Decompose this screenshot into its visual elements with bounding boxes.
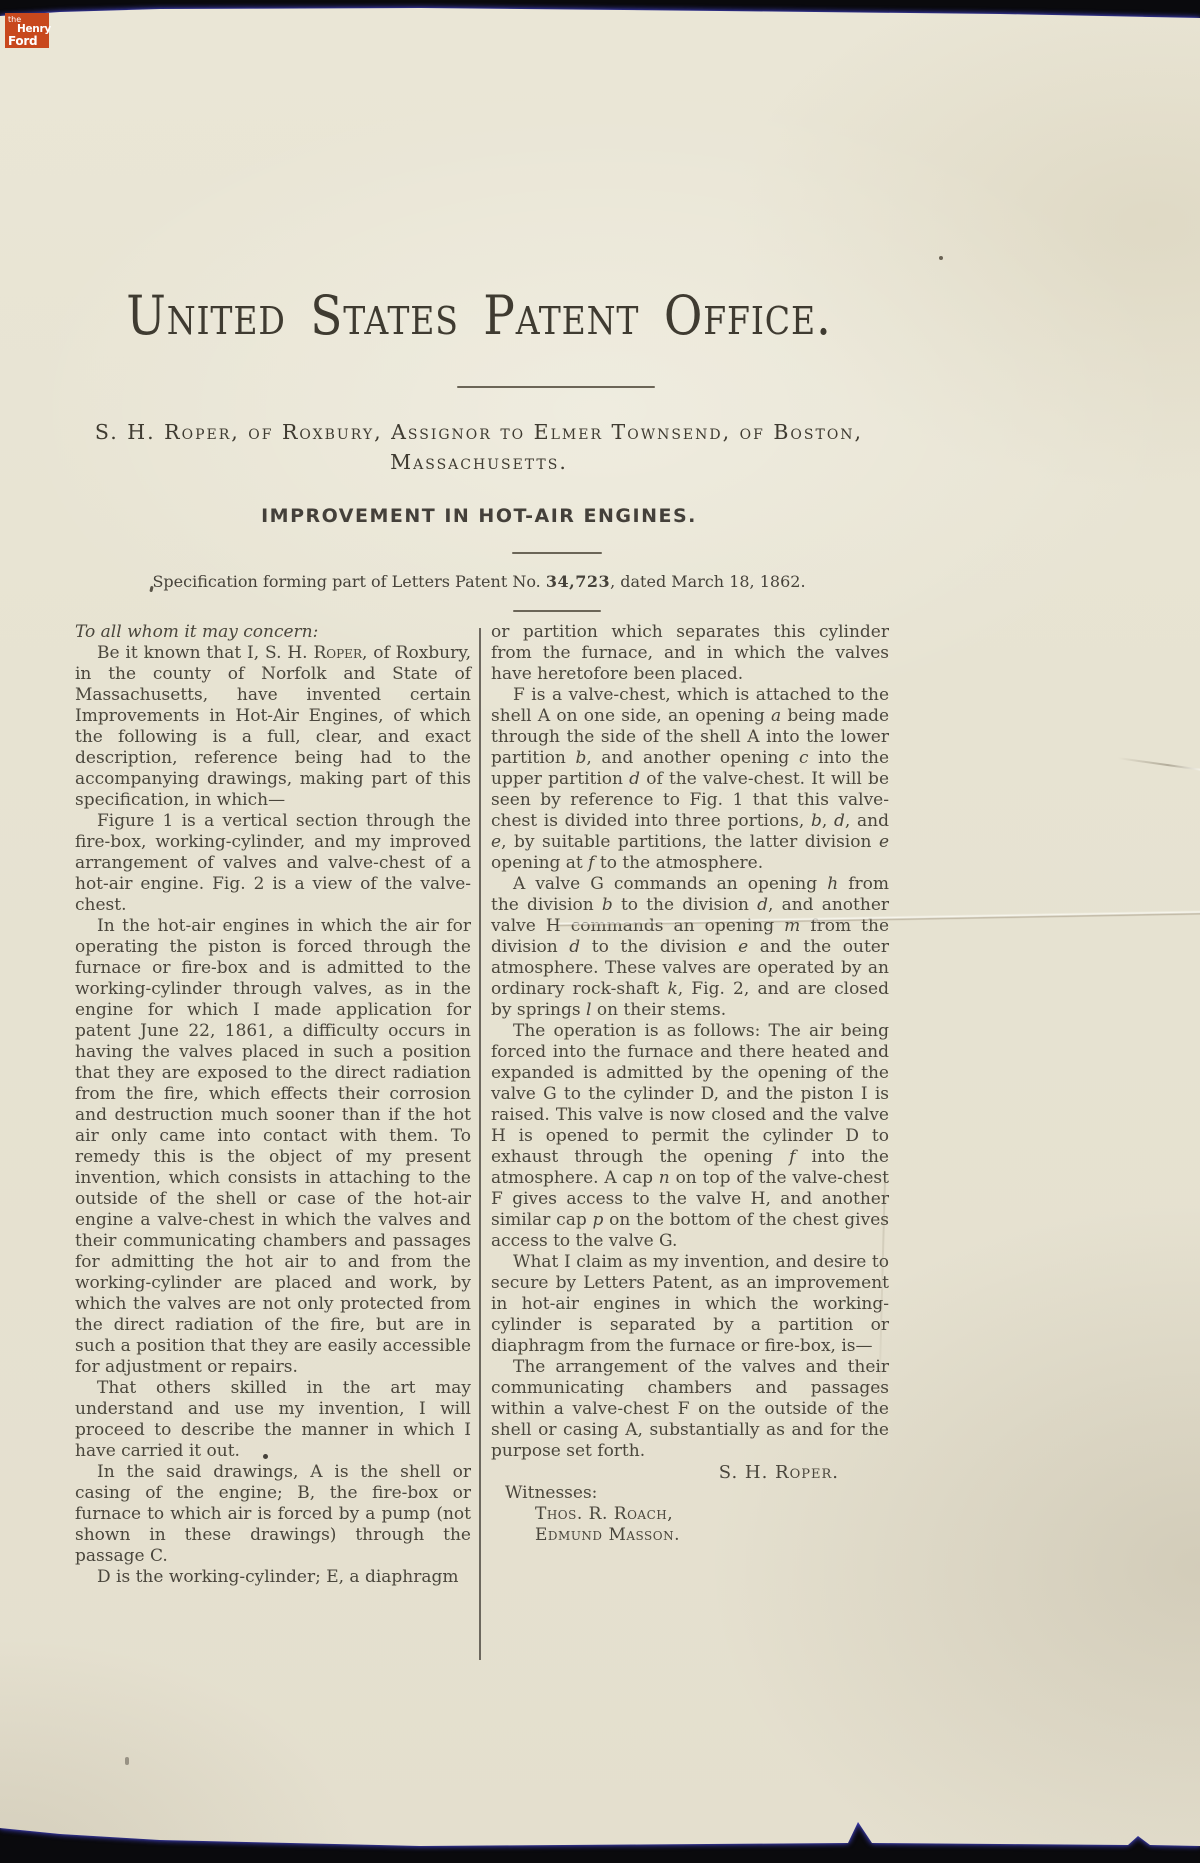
invention-title: IMPROVEMENT IN HOT-AIR ENGINES.	[0, 505, 958, 527]
specification-suffix: , dated March 18, 1862.	[610, 572, 805, 591]
paragraph: Figure 1 is a vertical section through t…	[75, 811, 471, 916]
henry-ford-logo: the Henry Ford	[5, 13, 49, 48]
specification-line: Specification forming part of Letters Pa…	[0, 572, 958, 591]
patent-number: 34,723	[546, 572, 610, 591]
paragraph: F is a valve-chest, which is attached to…	[491, 685, 889, 874]
left-column: To all whom it may concern: Be it known …	[75, 622, 471, 1588]
witness-name: Thos. R. Roach,	[491, 1504, 889, 1525]
paper-wrap: United States Patent Office. S. H. Roper…	[0, 0, 1200, 1863]
paragraph: What I claim as my invention, and desire…	[491, 1252, 889, 1357]
witness-name: Edmund Masson.	[491, 1525, 889, 1546]
paragraph: That others skilled in the art may under…	[75, 1378, 471, 1462]
paper-speck	[149, 586, 153, 593]
horizontal-rule	[457, 386, 655, 388]
page-title: United States Patent Office.	[62, 288, 895, 344]
inventor-signature: S. H. Roper.	[491, 1462, 889, 1483]
logo-ford-text: Ford	[8, 35, 49, 47]
paper-edge-tear	[1118, 757, 1200, 771]
specification-prefix: Specification forming part of Letters Pa…	[152, 572, 545, 591]
salutation: To all whom it may concern:	[75, 622, 471, 643]
grantor-line-2: Massachusetts.	[0, 450, 958, 474]
right-column: or partition which separates this cylind…	[491, 622, 889, 1546]
paragraph: Be it known that I, S. H. Roper, of Roxb…	[75, 643, 471, 811]
paragraph: The arrangement of the valves and their …	[491, 1357, 889, 1462]
horizontal-rule	[513, 610, 601, 612]
paragraph: The operation is as follows: The air bei…	[491, 1021, 889, 1252]
grantor-line-1: S. H. Roper, of Roxbury, Assignor to Elm…	[0, 420, 958, 444]
scan-backdrop: United States Patent Office. S. H. Roper…	[0, 0, 1200, 1863]
paragraph: In the hot-air engines in which the air …	[75, 916, 471, 1378]
paragraph: D is the working-cylinder; E, a diaphrag…	[75, 1567, 471, 1588]
paper-speck	[125, 1757, 129, 1765]
logo-henry-text: Henry	[17, 24, 49, 35]
horizontal-rule	[512, 552, 602, 554]
paragraph: In the said drawings, A is the shell or …	[75, 1462, 471, 1567]
paragraph: or partition which separates this cylind…	[491, 622, 889, 685]
witnesses-label: Witnesses:	[491, 1483, 889, 1504]
paper-speck	[939, 256, 943, 260]
column-divider-rule	[479, 628, 481, 1660]
patent-document-page: United States Patent Office. S. H. Roper…	[0, 0, 1200, 1863]
paper-speck	[263, 1454, 268, 1459]
paragraph: A valve G commands an opening h from the…	[491, 874, 889, 1021]
